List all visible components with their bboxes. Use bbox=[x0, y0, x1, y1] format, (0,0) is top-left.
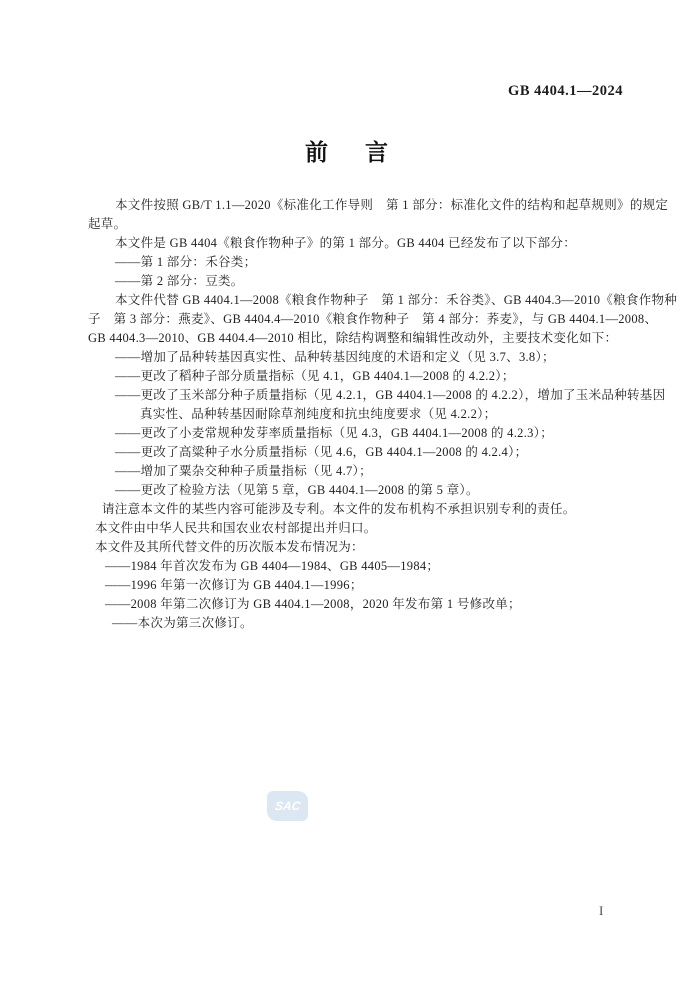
body-line: ——2008 年第二次修订为 GB 4404.1—2008，2020 年发布第 … bbox=[88, 595, 628, 614]
body-line: ——更改了稻种子部分质量指标（见 4.1，GB 4404.1—2008 的 4.… bbox=[88, 367, 628, 386]
body-line: 本文件是 GB 4404《粮食作物种子》的第 1 部分。GB 4404 已经发布… bbox=[88, 234, 628, 253]
body-line: ——本次为第三次修订。 bbox=[88, 614, 628, 633]
body-line: 本文件代替 GB 4404.1—2008《粮食作物种子 第 1 部分：禾谷类》、… bbox=[88, 291, 628, 310]
body-lines: 本文件按照 GB/T 1.1—2020《标准化工作导则 第 1 部分：标准化文件… bbox=[88, 196, 628, 633]
body-line: ——更改了检验方法（见第 5 章，GB 4404.1—2008 的第 5 章）。 bbox=[88, 481, 628, 500]
body-line: ——第 2 部分：豆类。 bbox=[88, 272, 628, 291]
sac-watermark-text: SAC bbox=[274, 799, 301, 813]
page-number: I bbox=[599, 903, 603, 919]
body-line: ——1996 年第一次修订为 GB 4404.1—1996； bbox=[88, 576, 628, 595]
body-line: 起草。 bbox=[88, 215, 628, 234]
body-line: 本文件及其所代替文件的历次版本发布情况为： bbox=[88, 538, 628, 557]
standard-number: GB 4404.1—2024 bbox=[508, 83, 623, 100]
body-line: ——1984 年首次发布为 GB 4404—1984、GB 4405—1984； bbox=[88, 557, 628, 576]
body-line: 本文件按照 GB/T 1.1—2020《标准化工作导则 第 1 部分：标准化文件… bbox=[88, 196, 628, 215]
body-line: 本文件由中华人民共和国农业农村部提出并归口。 bbox=[88, 519, 628, 538]
body-line: ——增加了品种转基因真实性、品种转基因纯度的术语和定义（见 3.7、3.8）； bbox=[88, 348, 628, 367]
document-page: GB 4404.1—2024 前 言 本文件按照 GB/T 1.1—2020《标… bbox=[0, 0, 700, 990]
body-line: ——第 1 部分：禾谷类； bbox=[88, 253, 628, 272]
body-line: ——更改了玉米部分种子质量指标（见 4.2.1，GB 4404.1—2008 的… bbox=[88, 386, 628, 405]
body-line: ——更改了小麦常规种发芽率质量指标（见 4.3，GB 4404.1—2008 的… bbox=[88, 424, 628, 443]
body-line: GB 4404.3—2010、GB 4404.4—2010 相比，除结构调整和编… bbox=[88, 329, 628, 348]
body-line: 真实性、品种转基因耐除草剂纯度和抗虫纯度要求（见 4.2.2）； bbox=[88, 405, 628, 424]
body-line: 请注意本文件的某些内容可能涉及专利。本文件的发布机构不承担识别专利的责任。 bbox=[88, 500, 628, 519]
body-line: ——增加了粟杂交种种子质量指标（见 4.7）； bbox=[88, 462, 628, 481]
page-title: 前 言 bbox=[0, 134, 700, 167]
sac-watermark-logo: SAC bbox=[267, 791, 308, 821]
body-line: 子 第 3 部分：燕麦》、GB 4404.4—2010《粮食作物种子 第 4 部… bbox=[88, 310, 628, 329]
body-line: ——更改了高粱种子水分质量指标（见 4.6，GB 4404.1—2008 的 4… bbox=[88, 443, 628, 462]
